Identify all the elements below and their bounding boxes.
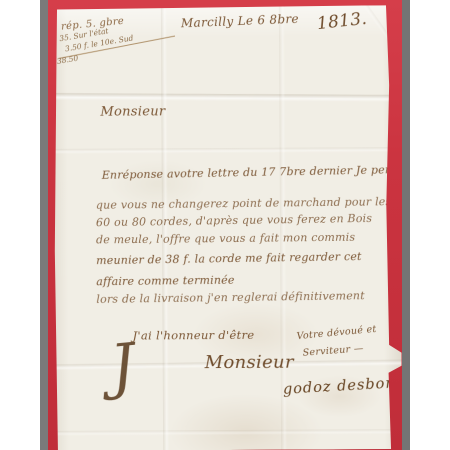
- valediction-line: Serviteur —: [302, 343, 364, 359]
- closing-line: J'ai l'honneur d'être: [133, 328, 255, 343]
- body-line: que vous ne changerez point de marchand …: [96, 195, 392, 212]
- body-line: lors de la livraison j'en reglerai défin…: [96, 289, 365, 306]
- salutation: Monsieur: [100, 104, 165, 119]
- right-shadow-strip: [402, 0, 410, 450]
- body-line: meunier de 38 f. la corde me fait regard…: [96, 250, 362, 267]
- closing-initial-flourish: J: [108, 336, 138, 398]
- body-line: de meule, l'offre que vous a fait mon co…: [96, 231, 355, 247]
- fold-crease-horizontal: [54, 147, 401, 154]
- fold-crease-horizontal: [53, 93, 400, 102]
- body-line: affaire comme terminée: [96, 273, 234, 288]
- signature: godoz desbordes ff: [282, 373, 440, 398]
- photo-of-letter: rép. 5. gbre Marcilly Le 6 8bre 1813. Mo…: [0, 0, 450, 450]
- body-line: Enréponse avotre lettre du 17 7bre derni…: [102, 163, 405, 182]
- fold-crease-horizontal: [55, 429, 402, 436]
- valediction-line: Votre dévoué et: [296, 324, 377, 342]
- address-word: Monsieur: [205, 352, 294, 373]
- left-shadow-strip: [40, 0, 48, 450]
- letter-paper: rép. 5. gbre Marcilly Le 6 8bre 1813. Mo…: [53, 5, 402, 450]
- body-line: 60 ou 80 cordes, d'après que vous ferez …: [96, 212, 372, 229]
- fold-crease-vertical: [161, 6, 169, 450]
- docket-calculation: 35. Sur l'état 3.50 f. le 10e. Sud 38.50: [53, 0, 401, 67]
